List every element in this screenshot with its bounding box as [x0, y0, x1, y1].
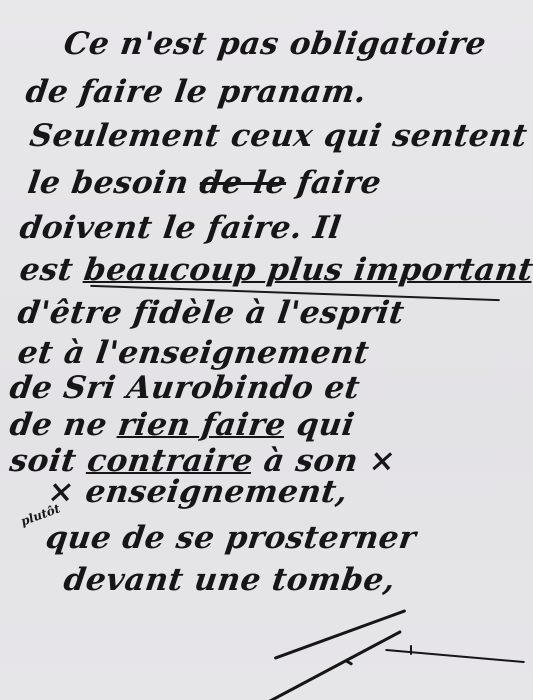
line-9: de Sri Aurobindo et	[7, 370, 362, 406]
struck-text: de le	[197, 165, 288, 201]
line-10-post: qui	[283, 407, 357, 443]
line-14: devant une tombe,	[61, 562, 397, 598]
line-4: le besoin de le faire	[25, 165, 383, 201]
line-3: Seulement ceux qui sentent	[27, 118, 529, 154]
signature-stroke	[345, 659, 353, 666]
line-6-pre: est	[17, 252, 86, 288]
line-2: de faire le pranam.	[23, 74, 368, 110]
signature-stroke	[385, 649, 525, 663]
underlined-text: beaucoup plus important	[82, 252, 533, 288]
line-4-pre: le besoin	[25, 165, 202, 201]
line-13: que de se prosterner	[43, 520, 418, 556]
handwritten-page: Ce n'est pas obligatoire de faire le pra…	[0, 0, 533, 700]
line-7: d'être fidèle à l'esprit	[15, 295, 406, 331]
line-5: doivent le faire. Il	[17, 210, 343, 246]
signature-stroke	[410, 645, 412, 655]
line-8: et à l'enseignement	[15, 335, 371, 371]
signature-stroke	[268, 630, 402, 700]
underlined-text: rien faire	[116, 407, 288, 443]
line-12: × enseignement,	[45, 474, 350, 510]
signature-stroke	[274, 609, 407, 660]
line-6: est beaucoup plus important	[17, 252, 533, 288]
line-10: de ne rien faire qui	[7, 407, 357, 443]
line-10-pre: de ne	[7, 407, 120, 443]
line-4-post: faire	[284, 165, 384, 201]
line-1: Ce n'est pas obligatoire	[61, 26, 488, 62]
signature	[260, 615, 530, 700]
